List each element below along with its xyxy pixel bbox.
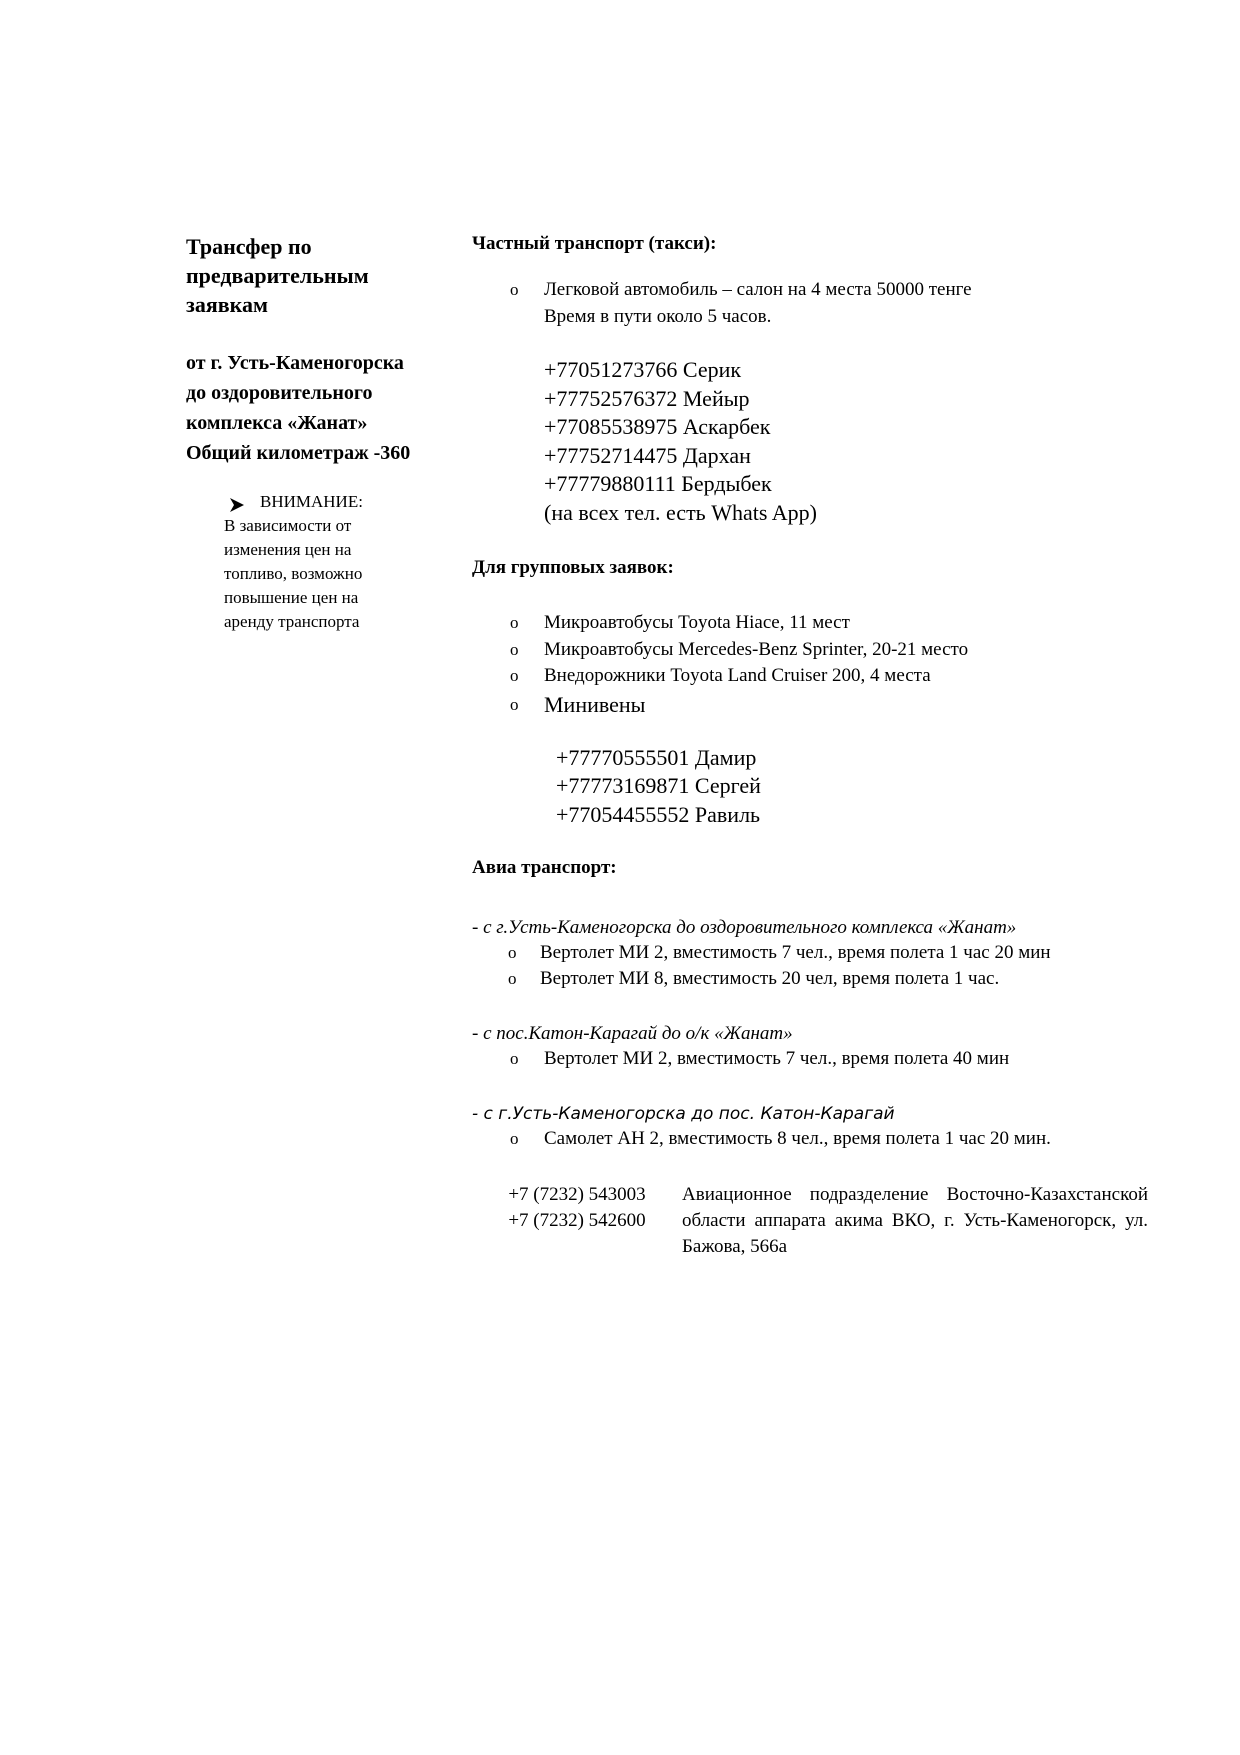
phone-contact: +77752576372 Мейыр [544,385,1172,414]
total-distance: Общий километраж -360 [186,438,456,468]
aircraft-text: Вертолет МИ 8, вместимость 20 чел, время… [540,966,999,992]
phone-number: +7 (7232) 542600 [472,1208,682,1234]
vehicle-text: Микроавтобусы Toyota Hiace, 11 мест [544,610,850,637]
phone-number: +7 (7232) 543003 [472,1182,682,1208]
whatsapp-note: (на всех тел. есть Whats App) [544,499,1172,528]
phone-contact: +77779880111 Бердыбек [544,470,1172,499]
aviation-phones: +7 (7232) 543003 +7 (7232) 542600 [472,1182,682,1260]
circle-bullet-icon: o [472,276,544,303]
circle-bullet-icon: o [472,637,544,664]
avia-route-label: - с г.Усть-Каменогорска до оздоровительн… [472,916,1172,940]
attention-text: В зависимости от изменения цен на топлив… [224,514,424,634]
phone-contact: +77752714475 Дархан [544,442,1172,471]
circle-bullet-icon: o [472,1046,544,1072]
list-item: o Вертолет МИ 2, вместимость 7 чел., вре… [472,940,1172,966]
phone-contact: +77051273766 Серик [544,356,1172,385]
list-item: o Минивены [472,690,1172,720]
circle-bullet-icon: o [472,663,544,690]
attention-line: повышение цен на [224,586,424,610]
circle-bullet-icon: o [472,610,544,637]
attention-line: изменения цен на [224,538,424,562]
list-item: o Вертолет МИ 8, вместимость 20 чел, вре… [472,966,1172,992]
route-line: от г. Усть-Каменогорска [186,348,456,378]
taxi-item-text: Легковой автомобиль – салон на 4 места 5… [544,276,972,303]
vehicle-text: Внедорожники Toyota Land Cruiser 200, 4 … [544,663,931,690]
avia-route-label: - с г.Усть-Каменогорска до пос. Катон-Ка… [472,1102,1172,1126]
aircraft-text: Вертолет МИ 2, вместимость 7 чел., время… [540,940,1051,966]
avia-route-list: o Вертолет МИ 2, вместимость 7 чел., вре… [472,940,1172,992]
page-title: Трансфер по предварительным заявкам [186,232,456,319]
aviation-contact: +7 (7232) 543003 +7 (7232) 542600 Авиаци… [472,1182,1172,1260]
aviation-organization: Авиационное подразделение Восточно-Казах… [682,1182,1148,1260]
vehicle-text: Микроавтобусы Mercedes-Benz Sprinter, 20… [544,637,968,664]
attention-line: В зависимости от [224,514,424,538]
circle-bullet-icon: o [472,690,544,720]
left-column: Трансфер по предварительным заявкам от г… [186,232,456,634]
attention-line: топливо, возможно [224,562,424,586]
avia-route-label: - с пос.Катон-Карагай до о/к «Жанат» [472,1022,1172,1046]
circle-bullet-icon: o [472,966,540,992]
vehicle-text: Минивены [544,690,645,720]
route-info: от г. Усть-Каменогорска до оздоровительн… [186,348,456,468]
route-line: комплекса «Жанат» [186,408,456,438]
title-line: предварительным [186,261,456,290]
aircraft-text: Вертолет МИ 2, вместимость 7 чел., время… [544,1046,1009,1072]
circle-bullet-icon: o [472,1126,544,1152]
title-line: заявкам [186,290,456,319]
right-column: Частный транспорт (такси): o Легковой ав… [472,232,1172,1260]
attention-heading: ВНИМАНИЕ: [260,490,363,514]
title-line: Трансфер по [186,232,456,261]
circle-bullet-icon: o [472,940,540,966]
list-item: o Легковой автомобиль – салон на 4 места… [472,276,1172,303]
list-item: o Микроавтобусы Toyota Hiace, 11 мест [472,610,1172,637]
attention-line: аренду транспорта [224,610,424,634]
phone-contact: +77773169871 Сергей [556,772,1172,801]
arrow-bullet-icon [230,495,244,509]
group-phones: +77770555501 Дамир +77773169871 Сергей +… [556,744,1172,830]
list-item: o Внедорожники Toyota Land Cruiser 200, … [472,663,1172,690]
list-item: o Самолет АН 2, вместимость 8 чел., врем… [472,1126,1172,1152]
list-item: o Вертолет МИ 2, вместимость 7 чел., вре… [472,1046,1172,1072]
avia-route-list: o Вертолет МИ 2, вместимость 7 чел., вре… [472,1046,1172,1072]
attention-heading-row: ВНИМАНИЕ: [224,490,456,514]
group-heading: Для групповых заявок: [472,556,1172,580]
attention-note: ВНИМАНИЕ: В зависимости от изменения цен… [224,490,456,634]
list-item: o Микроавтобусы Mercedes-Benz Sprinter, … [472,637,1172,664]
aircraft-text: Самолет АН 2, вместимость 8 чел., время … [544,1126,1051,1152]
group-vehicle-list: o Микроавтобусы Toyota Hiace, 11 мест o … [472,610,1172,720]
taxi-list: o Легковой автомобиль – салон на 4 места… [472,276,1172,303]
taxi-heading: Частный транспорт (такси): [472,232,1172,256]
taxi-phones: +77051273766 Серик +77752576372 Мейыр +7… [544,356,1172,527]
route-line: до оздоровительного [186,378,456,408]
phone-contact: +77054455552 Равиль [556,801,1172,830]
phone-contact: +77770555501 Дамир [556,744,1172,773]
phone-contact: +77085538975 Аскарбек [544,413,1172,442]
avia-heading: Авиа транспорт: [472,856,1172,880]
avia-route-list: o Самолет АН 2, вместимость 8 чел., врем… [472,1126,1172,1152]
travel-time: Время в пути около 5 часов. [544,303,1172,331]
